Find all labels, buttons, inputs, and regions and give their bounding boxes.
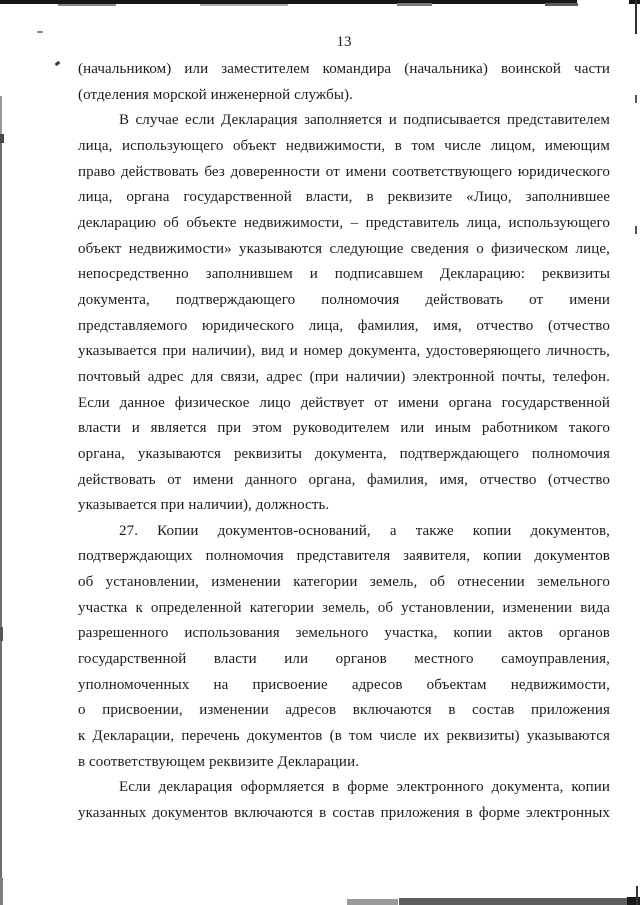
document-text-line: об установлении, изменении категории зем… bbox=[78, 570, 610, 596]
scan-artifact-right-edge-dash bbox=[635, 226, 637, 234]
document-text-line: к Декларации, перечень документов (в том… bbox=[78, 724, 610, 750]
document-text-line: (начальником) или заместителем командира… bbox=[78, 57, 610, 83]
scan-artifact-bottom-right-mark bbox=[636, 886, 638, 905]
document-body: (начальником) или заместителем командира… bbox=[78, 57, 610, 827]
document-text-line: власти и является при этом руководителем… bbox=[78, 416, 610, 442]
document-text-line: о присвоении, изменении адресов включают… bbox=[78, 698, 610, 724]
document-text-line: подтверждающих полномочия представителя … bbox=[78, 544, 610, 570]
document-text-line: уполномоченных на присвоение адресов объ… bbox=[78, 673, 610, 699]
document-text-line: документа, подтверждающего полномочия де… bbox=[78, 288, 610, 314]
paragraph: (начальником) или заместителем командира… bbox=[78, 57, 610, 108]
document-text-line: Если декларация оформляется в форме элек… bbox=[78, 775, 610, 801]
document-text-line: Если данное физическое лицо действует от… bbox=[78, 391, 610, 417]
scan-artifact-left-edge-tick bbox=[0, 627, 3, 641]
scan-artifact-top-edge-shadow bbox=[58, 4, 116, 6]
document-text-line: указывается при наличии), должность. bbox=[78, 493, 610, 519]
page-number: 13 bbox=[78, 33, 610, 51]
scan-artifact-right-edge-dash bbox=[635, 95, 637, 103]
scanned-document-page: 13 (начальником) или заместителем команд… bbox=[0, 0, 640, 905]
document-text-line: декларацию об объекте недвижимости, – пр… bbox=[78, 211, 610, 237]
stray-pen-mark bbox=[55, 61, 61, 66]
document-text-line: объект недвижимости» указываются следующ… bbox=[78, 237, 610, 263]
scan-artifact-left-edge bbox=[0, 96, 2, 905]
document-text-line: 27. Копии документов-оснований, а также … bbox=[78, 519, 610, 545]
document-text-line: участка к определенной категории земель,… bbox=[78, 596, 610, 622]
document-text-line: (отделения морской инженерной службы). bbox=[78, 83, 610, 109]
document-text-line: государственной власти или органов местн… bbox=[78, 647, 610, 673]
scan-artifact-bottom-edge bbox=[627, 897, 640, 905]
scan-artifact-top-edge-shadow bbox=[200, 4, 288, 6]
paragraph: 27. Копии документов-оснований, а также … bbox=[78, 519, 610, 776]
document-text-line: указывается при наличии), вид и номер до… bbox=[78, 339, 610, 365]
document-text-line: лица, использующего объект недвижимости,… bbox=[78, 134, 610, 160]
scan-artifact-bottom-edge bbox=[399, 898, 627, 905]
stray-speck-mark bbox=[37, 31, 43, 33]
document-text-line: представляемого юридического лица, фамил… bbox=[78, 314, 610, 340]
scan-artifact-left-edge-tick bbox=[0, 134, 4, 143]
scan-artifact-right-edge bbox=[635, 0, 637, 34]
document-text-line: право действовать без доверенности от им… bbox=[78, 160, 610, 186]
document-text-line: органа, указываются реквизиты документа,… bbox=[78, 442, 610, 468]
scan-artifact-bottom-edge bbox=[347, 899, 398, 905]
paragraph: В случае если Декларация заполняется и п… bbox=[78, 108, 610, 519]
document-text-line: лица, органа государственной власти, в р… bbox=[78, 185, 610, 211]
scan-artifact-top-edge-shadow bbox=[397, 3, 432, 6]
document-text-line: разрешенного использования земельного уч… bbox=[78, 621, 610, 647]
scan-artifact-top-edge-shadow bbox=[545, 3, 578, 6]
document-text-line: В случае если Декларация заполняется и п… bbox=[78, 108, 610, 134]
document-text-line: указанных документов включаются в состав… bbox=[78, 801, 610, 827]
document-text-line: непосредственно заполнившем и подписавше… bbox=[78, 262, 610, 288]
document-text-line: действовать от имени данного органа, фам… bbox=[78, 468, 610, 494]
document-text-line: почтовый адрес для связи, адрес (при нал… bbox=[78, 365, 610, 391]
document-text-line: в соответствующем реквизите Декларации. bbox=[78, 750, 610, 776]
scan-artifact-left-edge-bottom bbox=[0, 878, 3, 905]
paragraph: Если декларация оформляется в форме элек… bbox=[78, 775, 610, 826]
